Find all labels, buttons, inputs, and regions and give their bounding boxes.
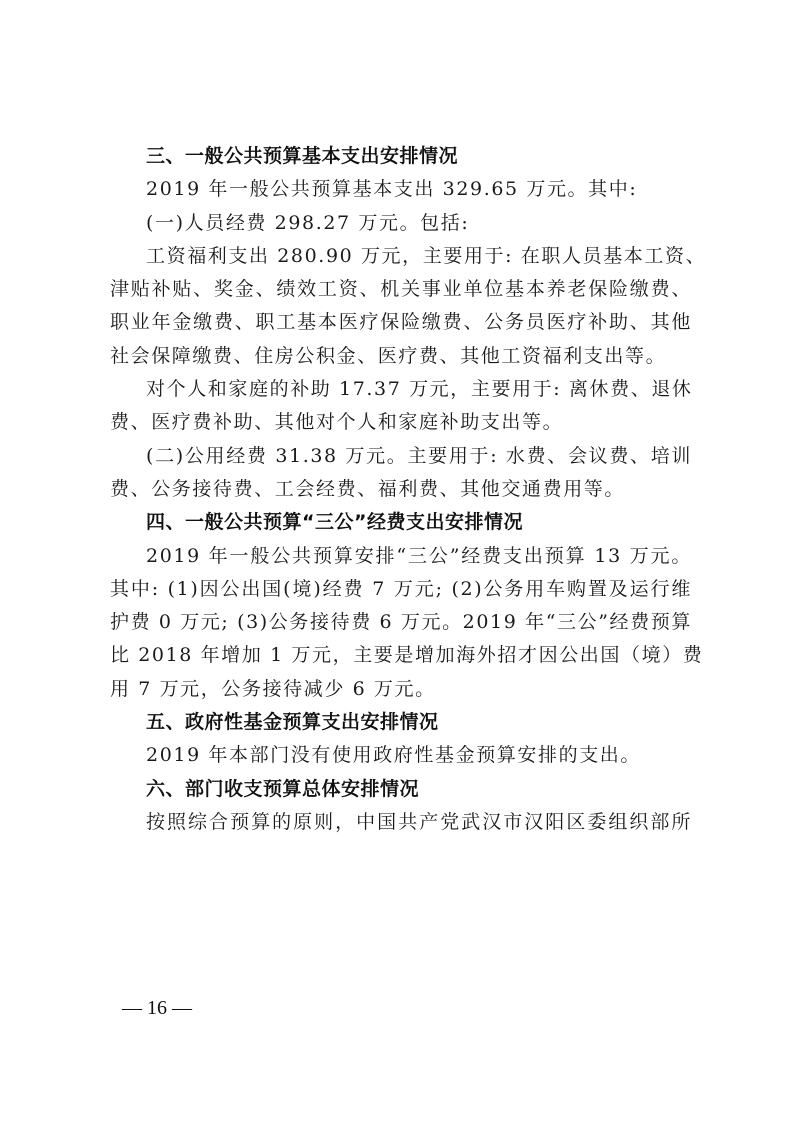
paragraph-line: (二)公用经费 31.38 万元。主要用于: 水费、会议费、培训 bbox=[110, 440, 692, 473]
section-heading-3: 三、一般公共预算基本支出安排情况 bbox=[110, 140, 692, 173]
section-heading-6: 六、部门收支预算总体安排情况 bbox=[110, 773, 692, 806]
page-number: — 16 — bbox=[122, 997, 192, 1020]
paragraph-line: 社会保障缴费、住房公积金、医疗费、其他工资福利支出等。 bbox=[110, 340, 692, 373]
paragraph-line: 护费 0 万元; (3)公务接待费 6 万元。2019 年“三公”经费预算 bbox=[110, 606, 692, 639]
paragraph-line: 对个人和家庭的补助 17.37 万元，主要用于: 离休费、退休 bbox=[110, 373, 692, 406]
paragraph-line: 费、医疗费补助、其他对个人和家庭补助支出等。 bbox=[110, 406, 692, 439]
paragraph-line: (一)人员经费 298.27 万元。包括: bbox=[110, 207, 692, 240]
document-page: 三、一般公共预算基本支出安排情况 2019 年一般公共预算基本支出 329.65… bbox=[0, 0, 793, 1122]
paragraph-line: 按照综合预算的原则，中国共产党武汉市汉阳区委组织部所 bbox=[110, 806, 692, 839]
paragraph-line: 2019 年一般公共预算基本支出 329.65 万元。其中: bbox=[110, 173, 692, 206]
section-heading-4: 四、一般公共预算“三公”经费支出安排情况 bbox=[110, 506, 692, 539]
paragraph-line: 工资福利支出 280.90 万元，主要用于: 在职人员基本工资、 bbox=[110, 240, 692, 273]
paragraph-line: 其中: (1)因公出国(境)经费 7 万元; (2)公务用车购置及运行维 bbox=[110, 573, 692, 606]
paragraph-line: 职业年金缴费、职工基本医疗保险缴费、公务员医疗补助、其他 bbox=[110, 306, 692, 339]
document-body: 三、一般公共预算基本支出安排情况 2019 年一般公共预算基本支出 329.65… bbox=[110, 140, 692, 839]
section-heading-5: 五、政府性基金预算支出安排情况 bbox=[110, 706, 692, 739]
paragraph-line: 比 2018 年增加 1 万元，主要是增加海外招才因公出国（境）费 bbox=[110, 639, 692, 672]
paragraph-line: 用 7 万元，公务接待减少 6 万元。 bbox=[110, 673, 692, 706]
paragraph-line: 2019 年本部门没有使用政府性基金预算安排的支出。 bbox=[110, 739, 692, 772]
paragraph-line: 费、公务接待费、工会经费、福利费、其他交通费用等。 bbox=[110, 473, 692, 506]
paragraph-line: 津贴补贴、奖金、绩效工资、机关事业单位基本养老保险缴费、 bbox=[110, 273, 692, 306]
paragraph-line: 2019 年一般公共预算安排“三公”经费支出预算 13 万元。 bbox=[110, 540, 692, 573]
